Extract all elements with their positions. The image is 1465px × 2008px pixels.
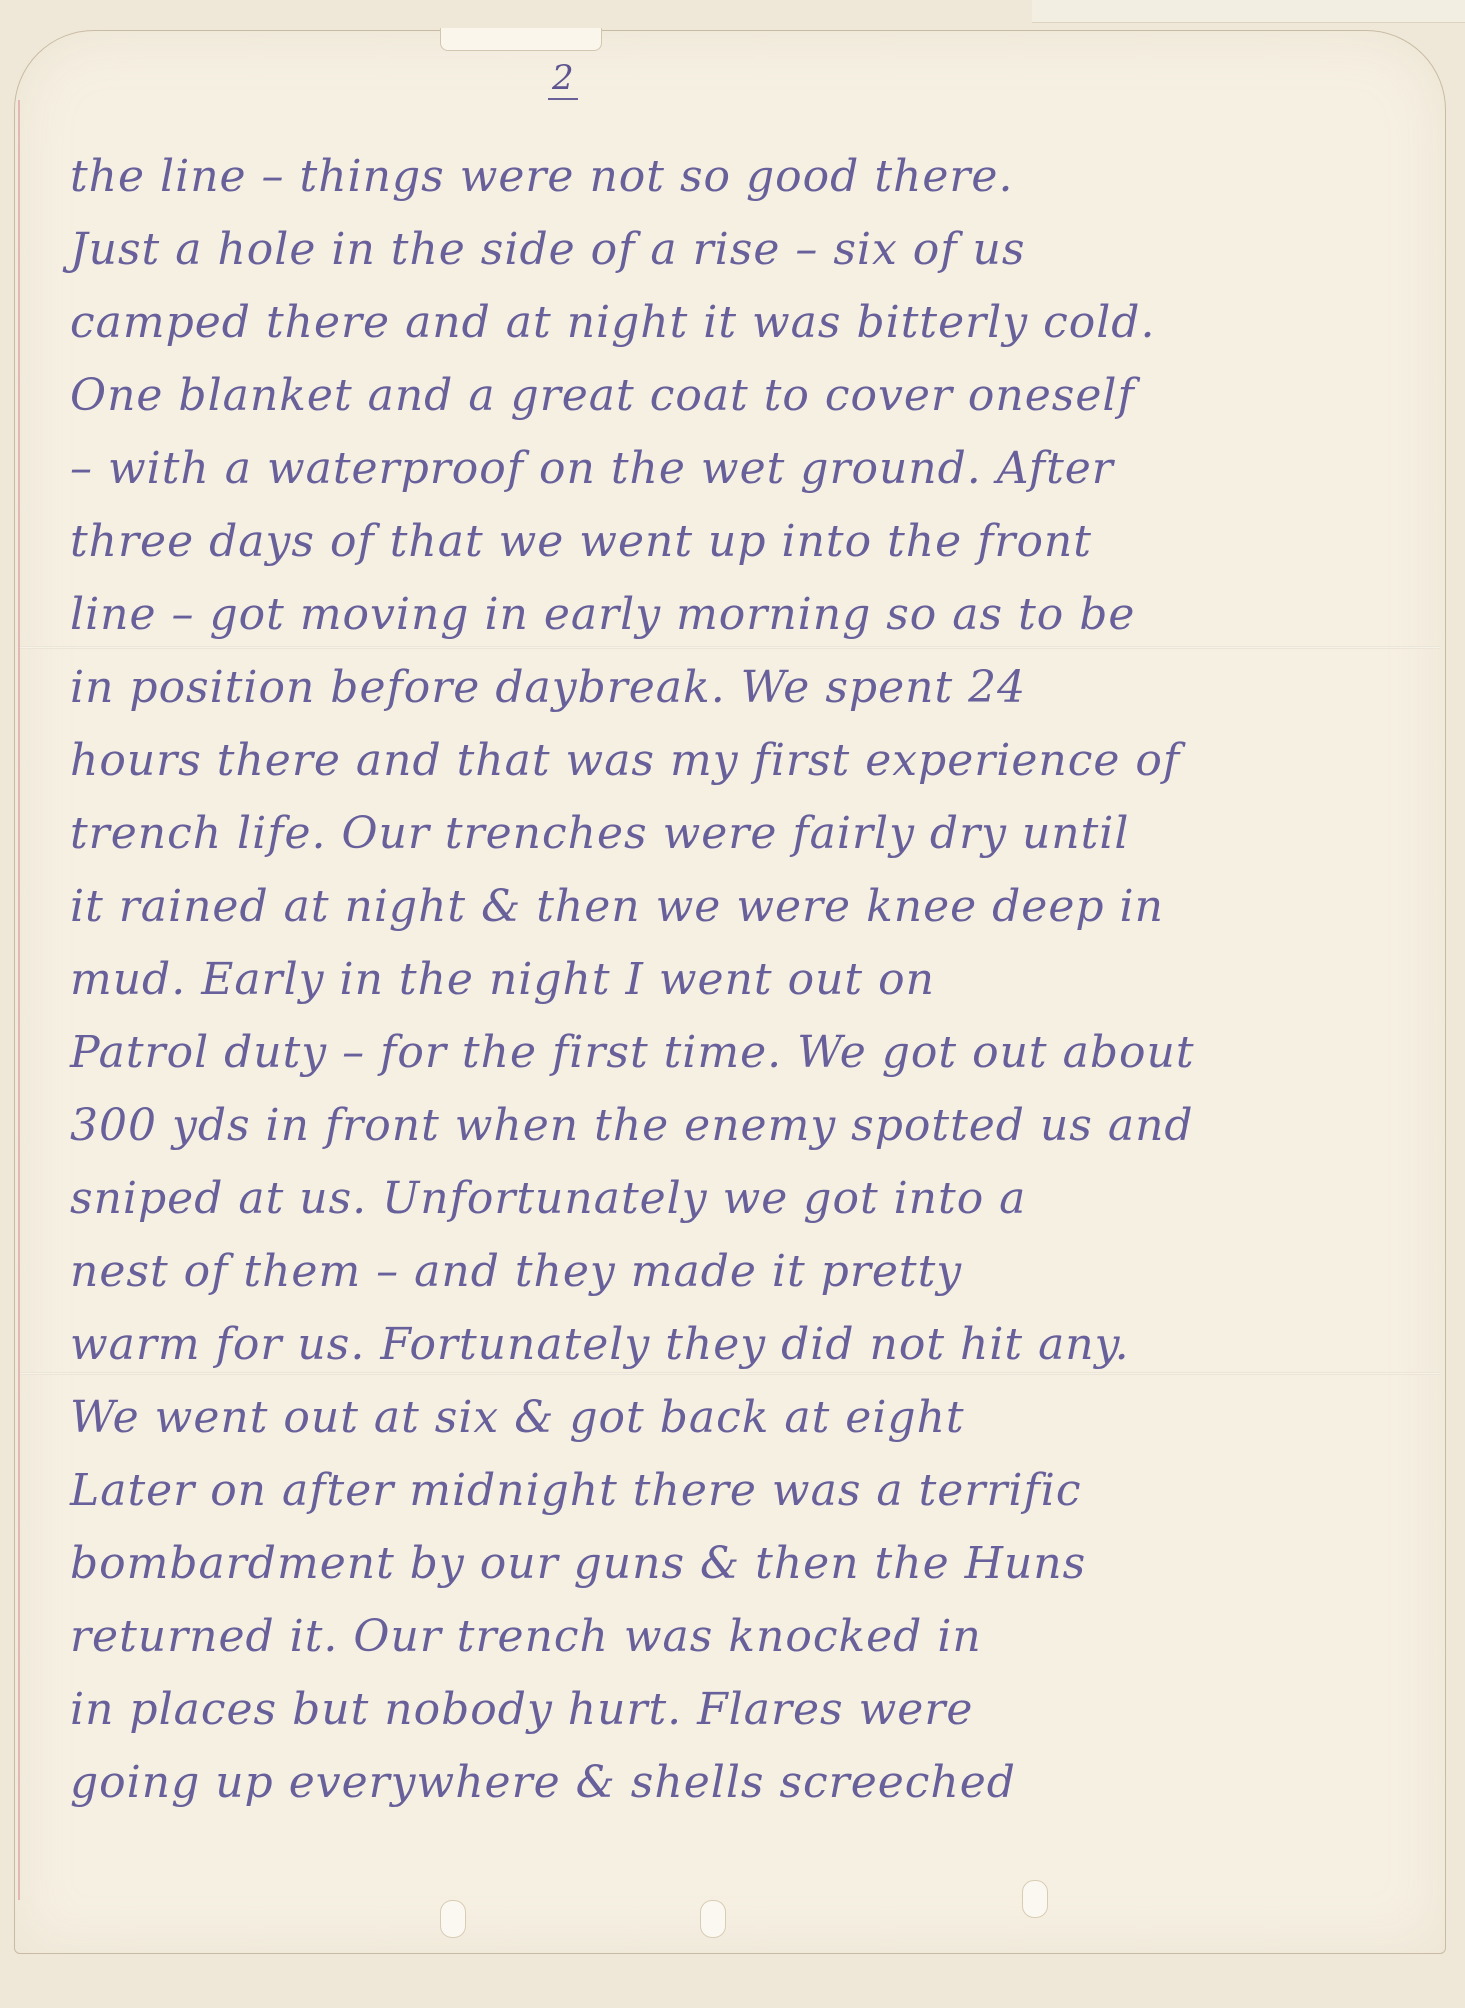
page-number: 2	[548, 58, 578, 100]
text-line: it rained at night & then we were knee d…	[70, 870, 1390, 943]
text-line: nest of them – and they made it pretty	[70, 1235, 1390, 1308]
backing-paper-edge	[1032, 0, 1465, 23]
text-line: warm for us. Fortunately they did not hi…	[70, 1308, 1390, 1381]
text-line: going up everywhere & shells screeched	[70, 1746, 1390, 1819]
handwritten-text: the line – things were not so good there…	[70, 140, 1390, 1819]
text-line: trench life. Our trenches were fairly dr…	[70, 797, 1390, 870]
text-line: mud. Early in the night I went out on	[70, 943, 1390, 1016]
text-line: 300 yds in front when the enemy spotted …	[70, 1089, 1390, 1162]
margin-line	[18, 100, 20, 1900]
text-line: Later on after midnight there was a terr…	[70, 1454, 1390, 1527]
text-line: sniped at us. Unfortunately we got into …	[70, 1162, 1390, 1235]
text-line: the line – things were not so good there…	[70, 140, 1390, 213]
text-line: returned it. Our trench was knocked in	[70, 1600, 1390, 1673]
text-line: in position before daybreak. We spent 24	[70, 651, 1390, 724]
text-line: One blanket and a great coat to cover on…	[70, 359, 1390, 432]
text-line: three days of that we went up into the f…	[70, 505, 1390, 578]
text-line: camped there and at night it was bitterl…	[70, 286, 1390, 359]
binder-hole	[700, 1900, 726, 1938]
text-line: – with a waterproof on the wet ground. A…	[70, 432, 1390, 505]
paper-tear-notch	[440, 28, 602, 51]
text-line: line – got moving in early morning so as…	[70, 578, 1390, 651]
binder-hole	[1022, 1880, 1048, 1918]
text-line: bombardment by our guns & then the Huns	[70, 1527, 1390, 1600]
text-line: Patrol duty – for the first time. We got…	[70, 1016, 1390, 1089]
text-line: in places but nobody hurt. Flares were	[70, 1673, 1390, 1746]
text-line: hours there and that was my first experi…	[70, 724, 1390, 797]
binder-hole	[440, 1900, 466, 1938]
text-line: We went out at six & got back at eight	[70, 1381, 1390, 1454]
text-line: Just a hole in the side of a rise – six …	[70, 213, 1390, 286]
